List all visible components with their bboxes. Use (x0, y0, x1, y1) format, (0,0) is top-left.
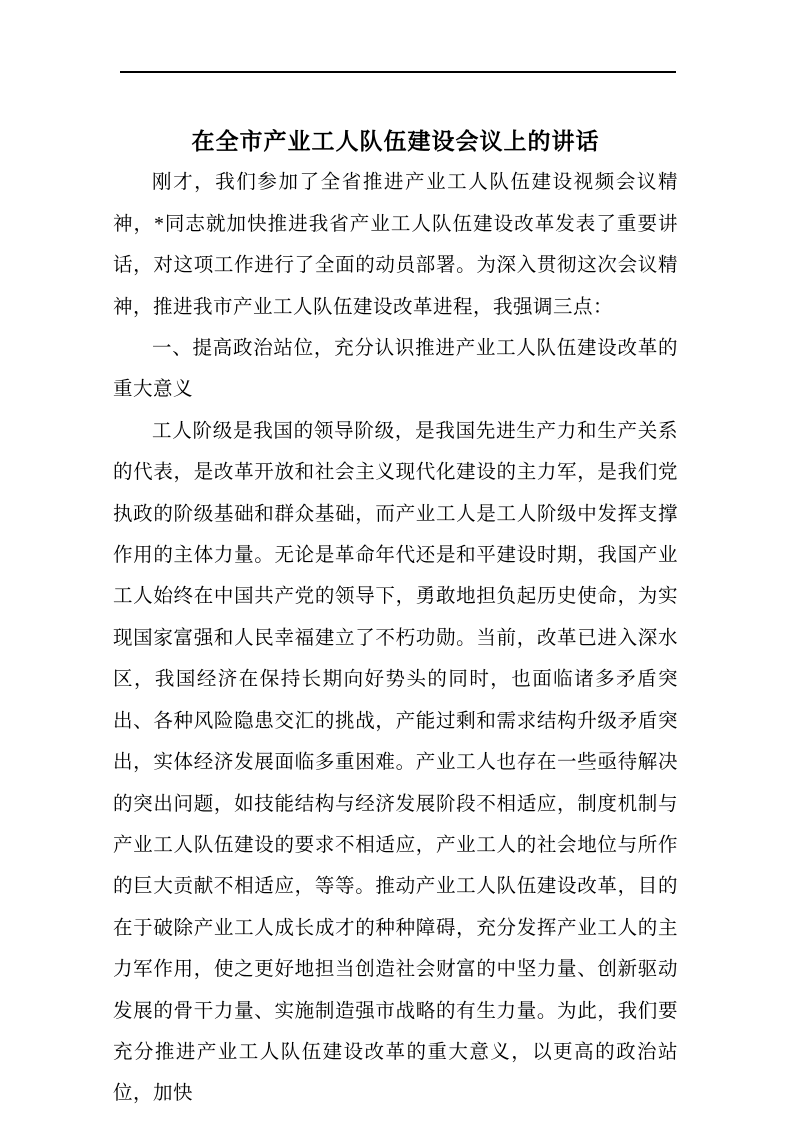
document-page: 在全市产业工人队伍建设会议上的讲话 刚才，我们参加了全省推进产业工人队伍建设视频… (0, 0, 793, 1122)
paragraph-section-one-body: 工人阶级是我国的领导阶级，是我国先进生产力和生产关系的代表，是改革开放和社会主义… (113, 411, 678, 1115)
section-heading-one: 一、提高政治站位，充分认识推进产业工人队伍建设改革的重大意义 (113, 328, 678, 411)
paragraph-intro: 刚才，我们参加了全省推进产业工人队伍建设视频会议精神，*同志就加快推进我省产业工… (113, 162, 678, 328)
document-title: 在全市产业工人队伍建设会议上的讲话 (113, 121, 678, 162)
document-body: 在全市产业工人队伍建设会议上的讲话 刚才，我们参加了全省推进产业工人队伍建设视频… (113, 121, 678, 1115)
header-rule (120, 71, 676, 73)
